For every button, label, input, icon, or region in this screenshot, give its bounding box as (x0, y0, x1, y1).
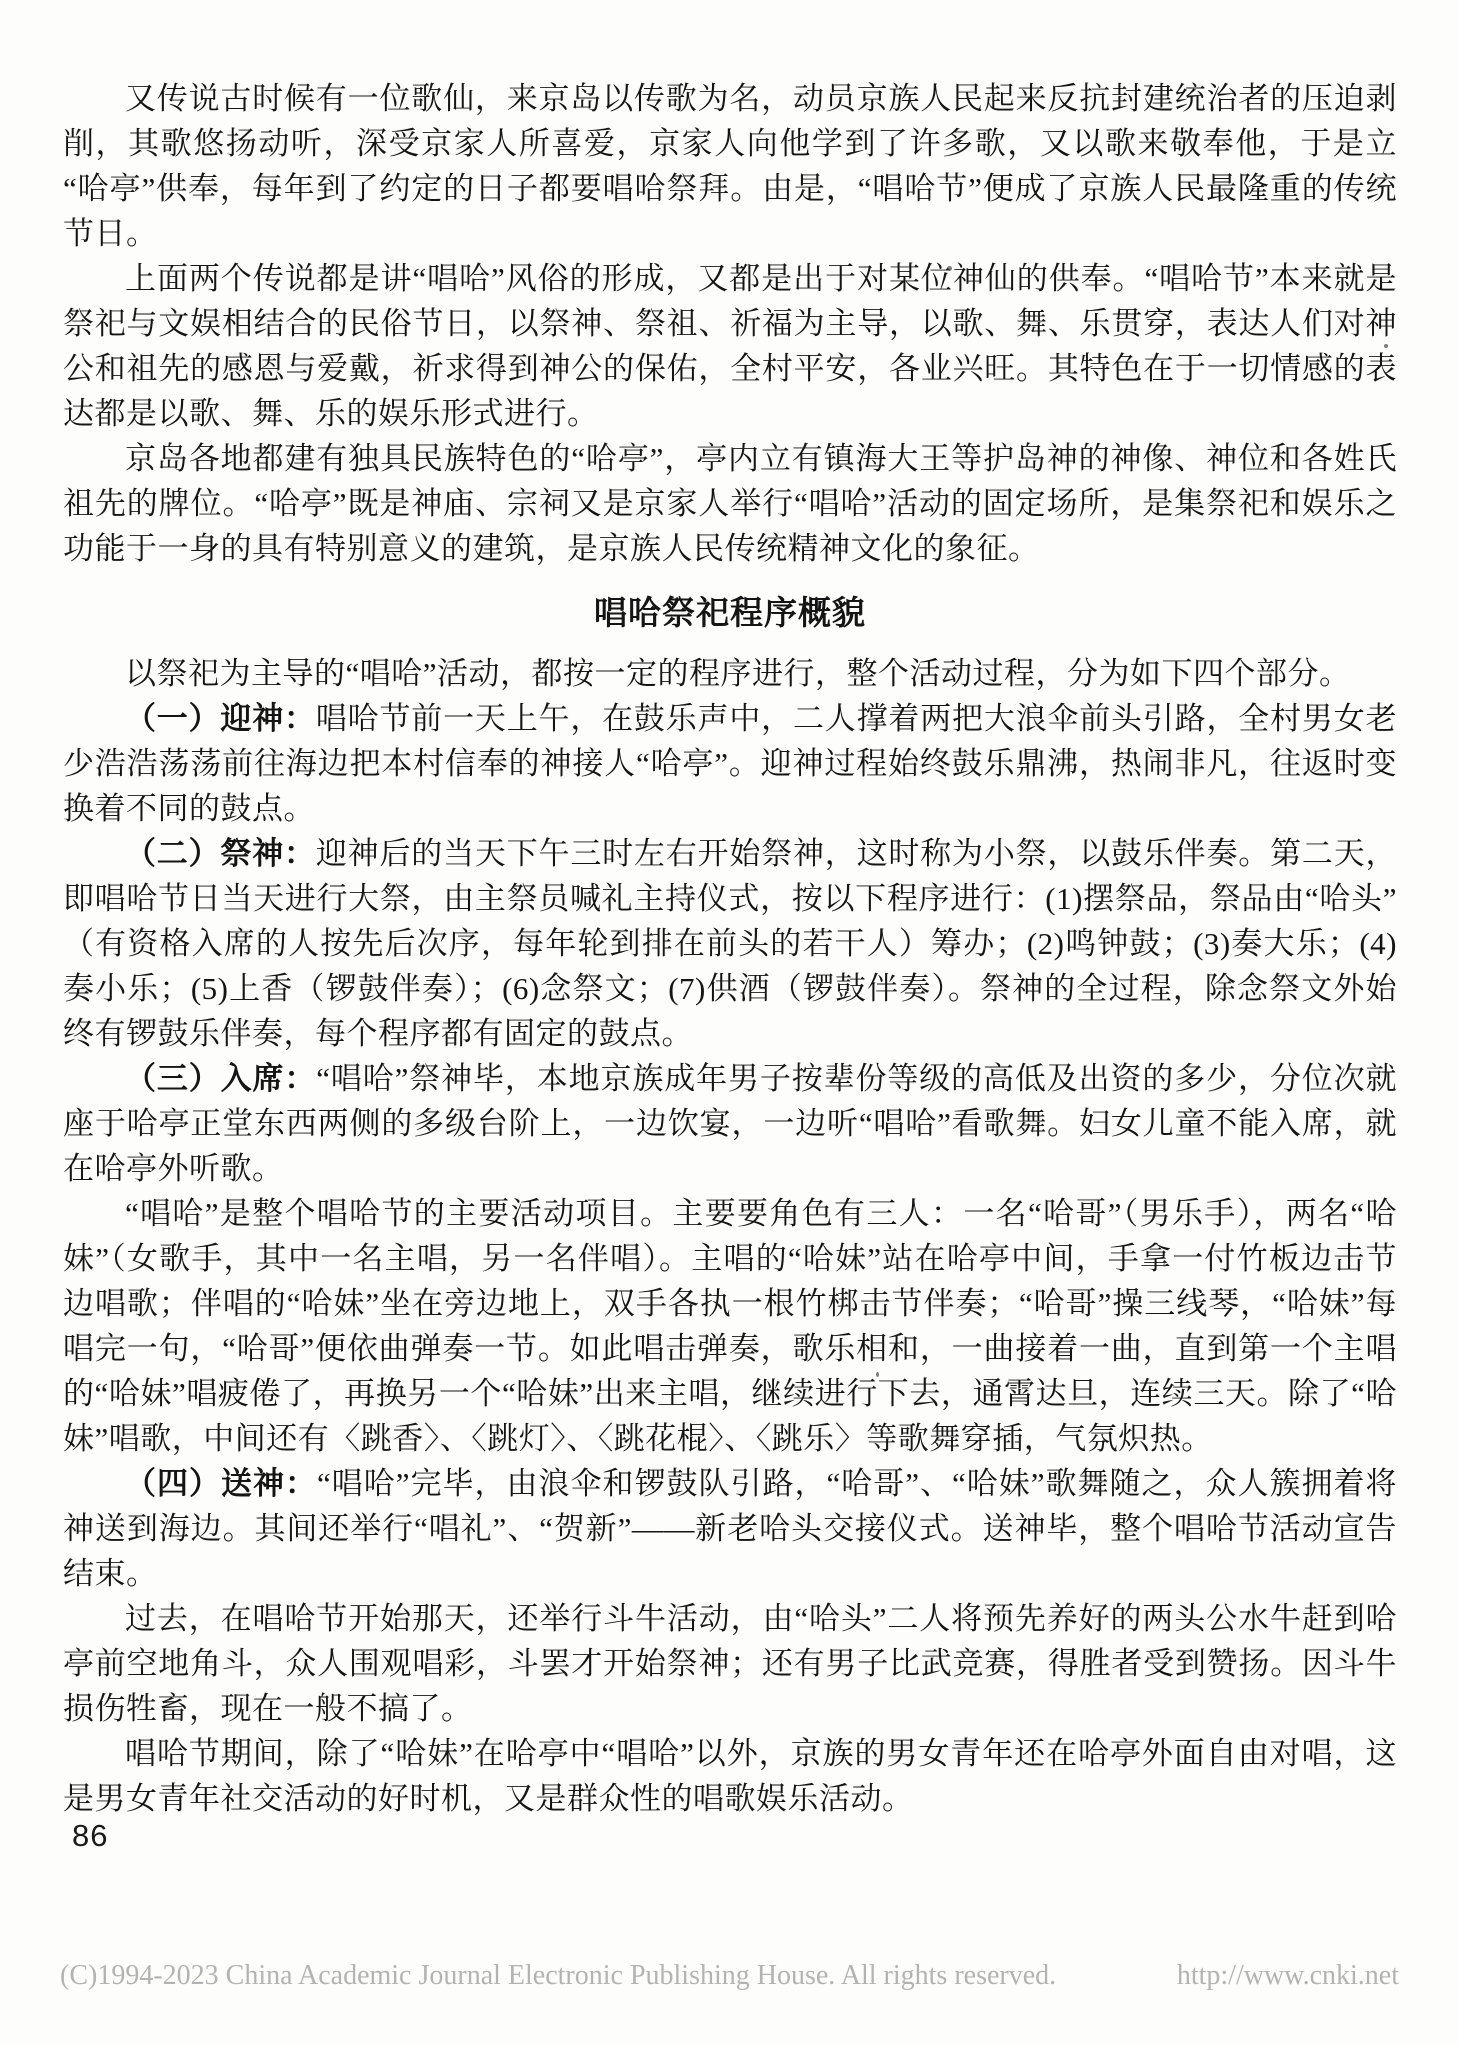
footer-copyright-text: (C)1994-2023 China Academic Journal Elec… (60, 1960, 1056, 1992)
scan-speck (876, 1372, 879, 1377)
scan-speck (1384, 344, 1388, 348)
section-heading: 唱哈祭祀程序概貌 (63, 590, 1397, 635)
article-body: 又传说古时候有一位歌仙，来京岛以传歌为名，动员京族人民起来反抗封建统治者的压迫剥… (63, 76, 1397, 1821)
paragraph-worship-gods: （二）祭神：迎神后的当天下午三时左右开始祭神，这时称为小祭，以鼓乐伴奏。第二天，… (63, 831, 1397, 1056)
paragraph-text: 唱哈节期间，除了“哈妹”在哈亭中“唱哈”以外，京族的男女青年还在哈亭外面自由对唱… (63, 1736, 1397, 1816)
paragraph-text: 过去，在唱哈节开始那天，还举行斗牛活动，由“哈头”二人将预先养好的两头公水牛赶到… (63, 1601, 1397, 1726)
paragraph-text: “唱哈”是整个唱哈节的主要活动项目。主要要角色有三人：一名“哈哥”（男乐手），两… (63, 1196, 1397, 1456)
paragraph-lead: （一）迎神： (125, 701, 316, 736)
paragraph: 唱哈节期间，除了“哈妹”在哈亭中“唱哈”以外，京族的男女青年还在哈亭外面自由对唱… (63, 1731, 1397, 1821)
paragraph-text: 京岛各地都建有独具民族特色的“哈亭”，亭内立有镇海大王等护岛神的神像、神位和各姓… (63, 441, 1397, 566)
paragraph-text: 上面两个传说都是讲“唱哈”风俗的形成，又都是出于对某位神仙的供奉。“唱哈节”本来… (63, 261, 1397, 431)
paragraph-text: 以祭祀为主导的“唱哈”活动，都按一定的程序进行，整个活动过程，分为如下四个部分。 (125, 656, 1351, 691)
paragraph-take-seats: （三）入席：“唱哈”祭神毕，本地京族成年男子按辈份等级的高低及出资的多少，分位次… (63, 1056, 1397, 1191)
scan-speck (1163, 1263, 1166, 1267)
page-number: 86 (72, 1818, 108, 1854)
paragraph: “唱哈”是整个唱哈节的主要活动项目。主要要角色有三人：一名“哈哥”（男乐手），两… (63, 1191, 1397, 1461)
paragraph-send-gods: （四）送神：“唱哈”完毕，由浪伞和锣鼓队引路，“哈哥”、“哈妹”歌舞随之，众人簇… (63, 1461, 1397, 1596)
paragraph: 以祭祀为主导的“唱哈”活动，都按一定的程序进行，整个活动过程，分为如下四个部分。 (63, 651, 1397, 696)
paragraph-welcome-gods: （一）迎神：唱哈节前一天上午，在鼓乐声中，二人撑着两把大浪伞前头引路，全村男女老… (63, 696, 1397, 831)
document-page: 又传说古时候有一位歌仙，来京岛以传歌为名，动员京族人民起来反抗封建统治者的压迫剥… (0, 0, 1459, 2045)
paragraph: 又传说古时候有一位歌仙，来京岛以传歌为名，动员京族人民起来反抗封建统治者的压迫剥… (63, 76, 1397, 256)
footer-url: http://www.cnki.net (1177, 1960, 1399, 1992)
copyright-footer: (C)1994-2023 China Academic Journal Elec… (0, 1960, 1459, 1992)
scan-speck (947, 266, 952, 271)
paragraph: 过去，在唱哈节开始那天，还举行斗牛活动，由“哈头”二人将预先养好的两头公水牛赶到… (63, 1596, 1397, 1731)
paragraph-lead: （三）入席： (125, 1061, 316, 1096)
paragraph-lead: （二）祭神： (125, 836, 316, 871)
paragraph-lead: （四）送神： (125, 1466, 317, 1501)
paragraph: 京岛各地都建有独具民族特色的“哈亭”，亭内立有镇海大王等护岛神的神像、神位和各姓… (63, 436, 1397, 571)
paragraph-text: 又传说古时候有一位歌仙，来京岛以传歌为名，动员京族人民起来反抗封建统治者的压迫剥… (63, 81, 1397, 251)
paragraph: 上面两个传说都是讲“唱哈”风俗的形成，又都是出于对某位神仙的供奉。“唱哈节”本来… (63, 256, 1397, 436)
